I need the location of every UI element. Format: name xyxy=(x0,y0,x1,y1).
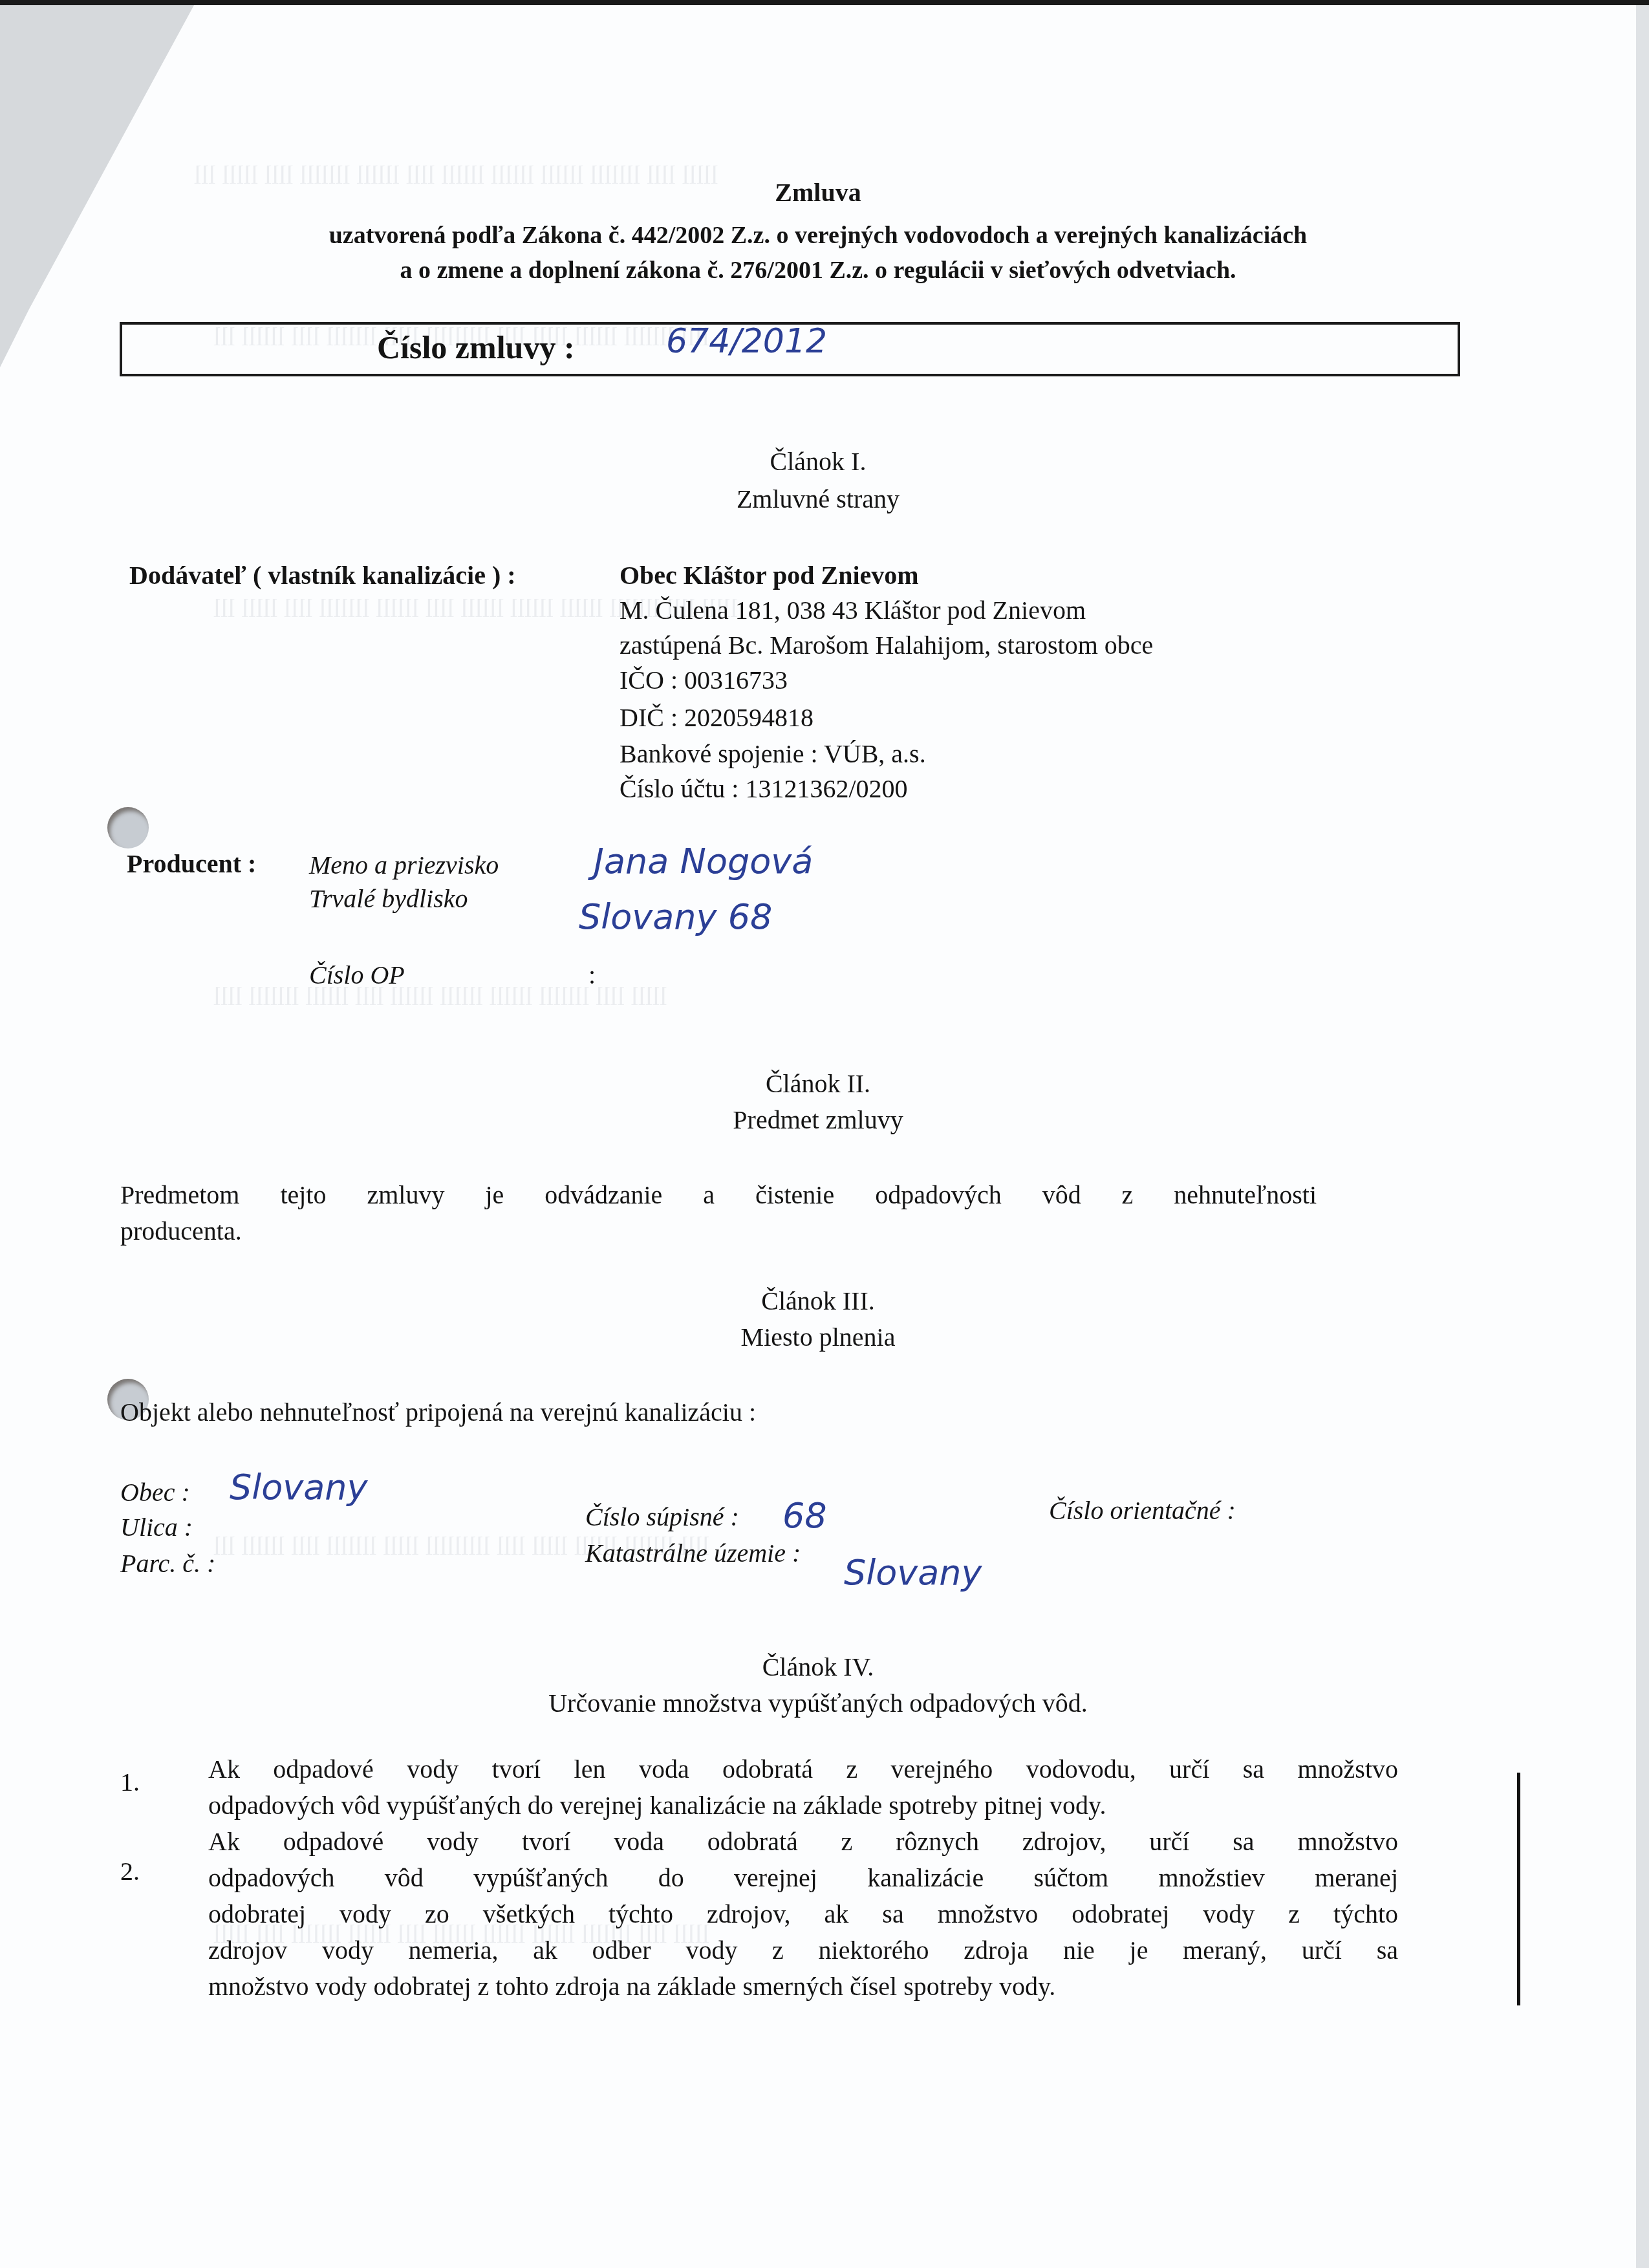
article2-heading: Článok II. xyxy=(0,1068,1636,1099)
article1-heading: Článok I. xyxy=(0,446,1636,477)
registry-number-value[interactable]: 68 xyxy=(782,1495,827,1536)
margin-marker-line xyxy=(1517,1773,1520,2005)
municipality-label: Obec : xyxy=(120,1477,190,1507)
supplier-bank: Bankové spojenie : VÚB, a.s. xyxy=(620,739,926,769)
orientation-number-label: Číslo orientačné : xyxy=(1049,1495,1236,1526)
supplier-address: M. Čulena 181, 038 43 Kláštor pod Znievo… xyxy=(620,595,1086,625)
item1-line1: Ak odpadové vody tvorí len voda odobratá… xyxy=(208,1754,1398,1784)
article3-heading: Článok III. xyxy=(0,1286,1636,1316)
item2-line2: odpadových vôd vypúšťaných do verejnej k… xyxy=(208,1863,1398,1893)
item2-line4: zdrojov vody nemeria, ak odber vody z ni… xyxy=(208,1935,1398,1965)
connected-object-label: Objekt alebo nehnuteľnosť pripojená na v… xyxy=(120,1397,756,1427)
article4-title: Určovanie množstva vypúšťaných odpadovýc… xyxy=(0,1688,1636,1718)
registry-number-label: Číslo súpisné : xyxy=(585,1502,739,1532)
document-subtitle-line2: a o zmene a doplnení zákona č. 276/2001 … xyxy=(0,256,1636,285)
article2-title: Predmet zmluvy xyxy=(0,1105,1636,1135)
supplier-ico: IČO : 00316733 xyxy=(620,665,788,695)
supplier-name: Obec Kláštor pod Znievom xyxy=(620,560,919,590)
document-subtitle-line1: uzatvorená podľa Zákona č. 442/2002 Z.z.… xyxy=(0,221,1636,250)
article3-title: Miesto plnenia xyxy=(0,1322,1636,1352)
municipality-value[interactable]: Slovany xyxy=(230,1467,368,1507)
producer-name-value[interactable]: Jana Nogová xyxy=(594,841,813,881)
supplier-representative: zastúpená Bc. Marošom Halahijom, starost… xyxy=(620,630,1153,660)
contract-number-value: 674/2012 xyxy=(666,322,827,361)
supplier-account: Číslo účtu : 13121362/0200 xyxy=(620,773,908,804)
document-title: Zmluva xyxy=(0,177,1636,208)
item2-number: 2. xyxy=(120,1856,140,1886)
bleed-through-text: lllll llll lllllll llllll llllll llllll … xyxy=(213,975,667,1018)
article4-heading: Článok IV. xyxy=(0,1652,1636,1682)
article1-title: Zmluvné strany xyxy=(0,484,1636,514)
item2-line1: Ak odpadové vody tvorí voda odobratá z r… xyxy=(208,1826,1398,1857)
parcel-label: Parc. č. : xyxy=(120,1548,215,1579)
supplier-dic: DIČ : 2020594818 xyxy=(620,702,814,733)
street-label: Ulica : xyxy=(120,1512,193,1542)
item1-line2: odpadových vôd vypúšťaných do verejnej k… xyxy=(208,1790,1106,1820)
producer-residence-value[interactable]: Slovany 68 xyxy=(579,896,772,937)
producer-name-label: Meno a priezvisko xyxy=(309,850,499,880)
article2-body-line2: producenta. xyxy=(120,1216,242,1246)
punch-hole xyxy=(107,807,149,848)
item2-line3: odobratej vody zo všetkých týchto zdrojo… xyxy=(208,1899,1398,1929)
supplier-label: Dodávateľ ( vlastník kanalizácie ) : xyxy=(129,560,516,590)
producer-id-colon: : xyxy=(588,960,596,990)
producer-label: Producent : xyxy=(127,848,256,879)
contract-number-label: Číslo zmluvy : xyxy=(377,329,575,366)
cadastral-label: Katastrálne územie : xyxy=(585,1538,801,1568)
producer-residence-label: Trvalé bydlisko xyxy=(309,883,468,914)
producer-id-label: Číslo OP xyxy=(309,960,405,990)
page-edge xyxy=(1636,5,1649,2268)
article2-body-line1: Predmetom tejto zmluvy je odvádzanie a č… xyxy=(120,1180,1317,1210)
item2-line5: množstvo vody odobratej z tohto zdroja n… xyxy=(208,1971,1055,2002)
cadastral-value[interactable]: Slovany xyxy=(844,1552,982,1593)
item1-number: 1. xyxy=(120,1767,140,1797)
